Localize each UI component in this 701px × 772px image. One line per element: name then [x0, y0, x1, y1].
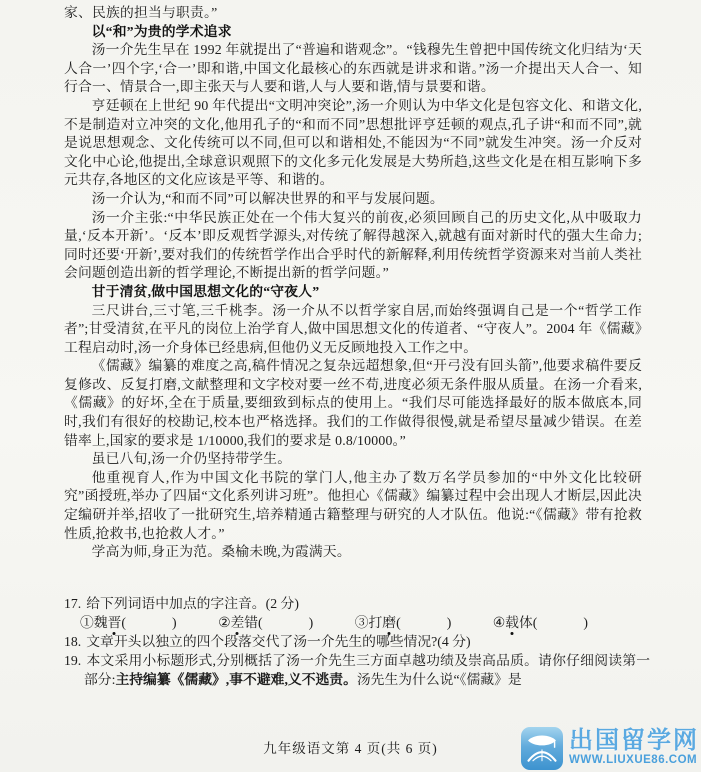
dotted-character: 载 — [505, 613, 519, 632]
dotted-character: 差 — [230, 613, 244, 632]
passage-paragraph: 汤一介先生早在 1992 年就提出了“普遍和谐观念”。“钱穆先生曾把中国传统文化… — [64, 41, 642, 97]
question-17-text: 给下列词语中加点的字注音。(2 分) — [86, 596, 299, 611]
liuxue86-watermark: 出国留学网 WWW.LIUXUE86.COM — [521, 727, 699, 770]
graduation-cap-icon — [521, 727, 563, 770]
passage-paragraph: 他重视育人,作为中国文化书院的掌门人,他主办了数万名学员参加的“中外文化比较研究… — [64, 469, 642, 543]
site-url: WWW.LIUXUE86.COM — [569, 754, 697, 767]
question-18: 18.文章开头以独立的四个段落交代了汤一介先生的哪些情况?(4 分) — [64, 632, 650, 651]
passage-paragraph: 《儒藏》编纂的难度之高,稿件情况之复杂远超想象,但“开弓没有回头箭”,他要求稿件… — [64, 357, 642, 450]
questions-section: 17.给下列词语中加点的字注音。(2 分) ①魏晋() ②差错() ③打磨() … — [64, 594, 650, 689]
passage-subtitle-2: 甘于清贫,做中国思想文化的“守夜人” — [64, 283, 642, 302]
scanned-exam-page: 家、民族的担当与职责。” 以“和”为贵的学术追求 汤一介先生早在 1992 年就… — [0, 0, 701, 772]
question-19-bold-part: 主持编纂《儒藏》,事不避难,义不逃责。 — [115, 672, 356, 687]
question-19-text-after: 汤先生为什么说“《儒藏》是 — [357, 672, 522, 687]
dotted-character: 磨 — [382, 613, 396, 632]
watermark-text: 出国留学网 WWW.LIUXUE86.COM — [569, 727, 699, 767]
passage-continuation-line: 家、民族的担当与职责。” — [64, 4, 642, 23]
dotted-character: 晋 — [108, 613, 122, 632]
question-17-items: ①魏晋() ②差错() ③打磨() ④载体() — [64, 613, 650, 632]
passage-paragraph: 汤一介主张:“中华民族正处在一个伟大复兴的前夜,必须回顾自己的历史文化,从中吸取… — [64, 209, 642, 283]
passage-paragraph: 亨廷顿在上世纪 90 年代提出“文明冲突论”,汤一介则认为中华文化是包容文化、和… — [64, 97, 642, 190]
pinyin-item-3: ③打磨() — [355, 613, 452, 632]
pinyin-item-1: ①魏晋() — [80, 613, 177, 632]
question-17-number: 17. — [64, 596, 81, 611]
pinyin-item-2: ②差错() — [218, 613, 313, 632]
question-17: 17.给下列词语中加点的字注音。(2 分) — [64, 594, 650, 613]
passage-subtitle-1: 以“和”为贵的学术追求 — [64, 23, 642, 42]
question-19: 19.本文采用小标题形式,分别概括了汤一介先生三方面卓越功绩及崇高品质。请你仔细… — [64, 651, 650, 689]
question-19-number: 19. — [64, 653, 81, 668]
question-18-number: 18. — [64, 634, 81, 649]
site-name: 出国留学网 — [569, 727, 699, 754]
pinyin-item-4: ④载体() — [493, 613, 588, 632]
passage-paragraph: 三尺讲台,三寸笔,三千桃李。汤一介从不以哲学家自居,而始终强调自己是一个“哲学工… — [64, 302, 642, 358]
passage-paragraph: 汤一介认为,“和而不同”可以解决世界的和平与发展问题。 — [64, 190, 642, 209]
passage-paragraph: 学高为师,身正为范。桑榆未晚,为霞满天。 — [64, 543, 642, 562]
question-18-text: 文章开头以独立的四个段落交代了汤一介先生的哪些情况?(4 分) — [86, 634, 470, 649]
passage-paragraph: 虽已八旬,汤一介仍坚持带学生。 — [64, 450, 642, 469]
reading-passage: 家、民族的担当与职责。” 以“和”为贵的学术追求 汤一介先生早在 1992 年就… — [64, 4, 642, 562]
